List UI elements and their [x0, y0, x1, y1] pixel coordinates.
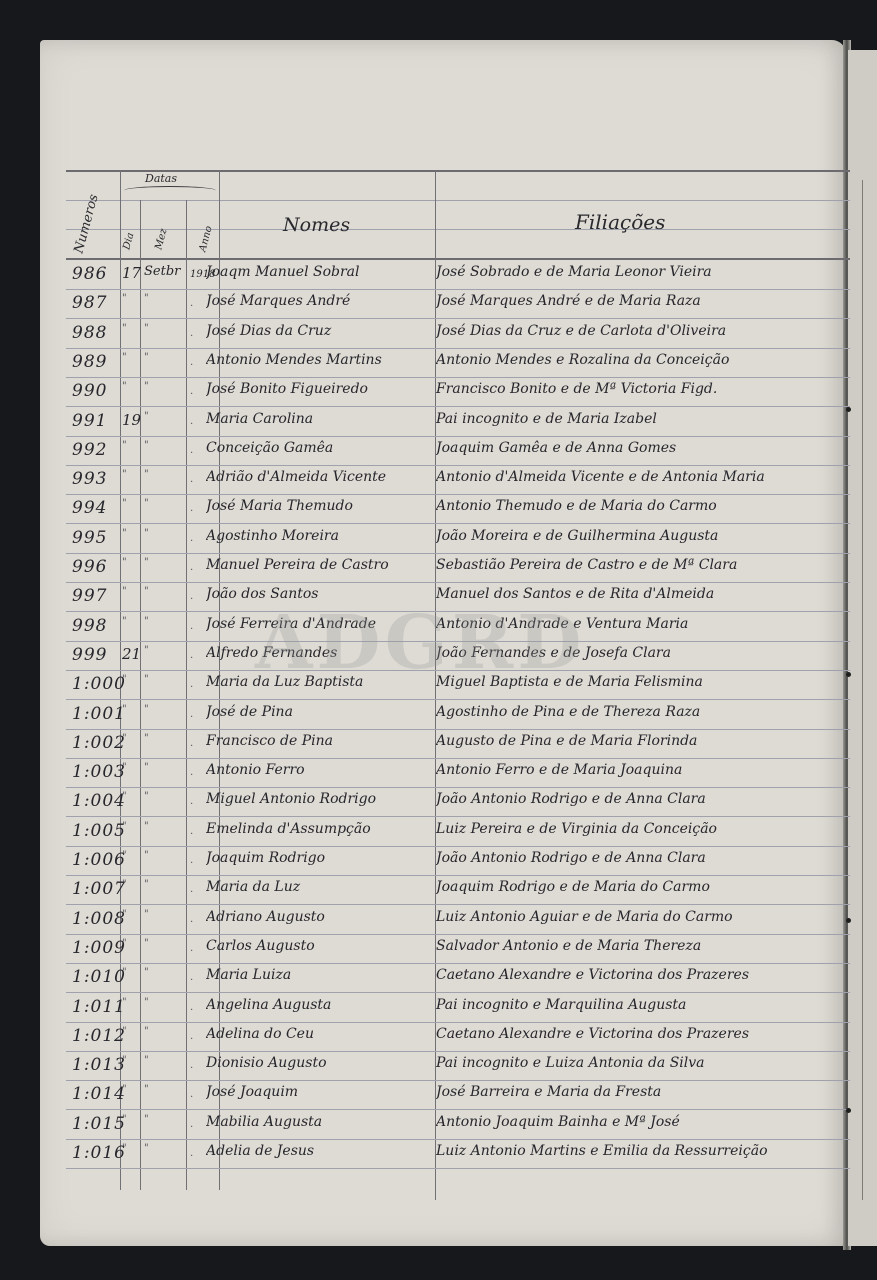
entry-day: ": [122, 1143, 142, 1154]
binding-hole: [846, 672, 851, 677]
entry-name: Joaquim Rodrigo: [206, 850, 434, 866]
entry-month: ": [144, 879, 184, 890]
entry-month: ": [144, 762, 184, 773]
entry-number: 1:016: [72, 1143, 126, 1163]
entry-name: Mabilia Augusta: [206, 1114, 434, 1130]
entry-number: 1:008: [72, 909, 126, 929]
entry-filiation: Joaquim Gamêa e de Anna Gomes: [436, 440, 846, 456]
entry-name: Maria Luiza: [206, 967, 434, 983]
entry-day: ": [122, 1114, 142, 1125]
entry-day: ": [122, 323, 142, 334]
entry-month: ": [144, 938, 184, 949]
table-row: 1:010"".Maria LuizaCaetano Alexandre e V…: [66, 965, 850, 993]
table-row: 987"".José Marques AndréJosé Marques And…: [66, 291, 850, 319]
table-row: 995"".Agostinho MoreiraJoão Moreira e de…: [66, 526, 850, 554]
entry-name: José Bonito Figueiredo: [206, 381, 434, 397]
binding-hole: [846, 918, 851, 923]
entry-name: José Maria Themudo: [206, 498, 434, 514]
entry-filiation: Antonio Mendes e Rozalina da Conceição: [436, 352, 846, 368]
entry-day: ": [122, 704, 142, 715]
entry-filiation: João Moreira e de Guilhermina Augusta: [436, 528, 846, 544]
entry-month: ": [144, 616, 184, 627]
entry-day: ": [122, 528, 142, 539]
table-row: 1:003"".Antonio FerroAntonio Ferro e de …: [66, 760, 850, 788]
entry-day: ": [122, 440, 142, 451]
table-row: 1:004"".Miguel Antonio RodrigoJoão Anton…: [66, 789, 850, 817]
entry-day: ": [122, 909, 142, 920]
entry-number: 1:005: [72, 821, 126, 841]
entry-day: ": [122, 293, 142, 304]
entry-number: 986: [72, 264, 126, 284]
table-row: 1:009"".Carlos AugustoSalvador Antonio e…: [66, 936, 850, 964]
header-datas: Datas: [145, 172, 177, 185]
entry-filiation: Antonio d'Andrade e Ventura Maria: [436, 616, 846, 632]
header-top-rule: [66, 170, 850, 172]
entry-day: ": [122, 381, 142, 392]
entry-filiation: Antonio Ferro e de Maria Joaquina: [436, 762, 846, 778]
header-guide-rule: [66, 200, 850, 201]
entry-number: 994: [72, 498, 126, 518]
entry-filiation: Manuel dos Santos e de Rita d'Almeida: [436, 586, 846, 602]
binding-hole: [846, 1108, 851, 1113]
entry-day: 17: [122, 264, 142, 282]
entry-name: Antonio Mendes Martins: [206, 352, 434, 368]
table-row: 994"".José Maria ThemudoAntonio Themudo …: [66, 496, 850, 524]
entry-filiation: Luiz Antonio Aguiar e de Maria do Carmo: [436, 909, 846, 925]
entry-day: ": [122, 498, 142, 509]
entry-number: 992: [72, 440, 126, 460]
binding-hole: [846, 407, 851, 412]
table-row: 992"".Conceição GamêaJoaquim Gamêa e de …: [66, 438, 850, 466]
entry-name: Maria da Luz Baptista: [206, 674, 434, 690]
entry-day: ": [122, 879, 142, 890]
entry-filiation: Pai incognito e Luiza Antonia da Silva: [436, 1055, 846, 1071]
entry-name: João dos Santos: [206, 586, 434, 602]
facing-page-rule: [862, 180, 863, 1200]
entry-month: ": [144, 645, 184, 656]
entry-month: ": [144, 733, 184, 744]
entry-filiation: José Barreira e Maria da Fresta: [436, 1084, 846, 1100]
entry-filiation: José Marques André e de Maria Raza: [436, 293, 846, 309]
header-bottom-rule: [66, 258, 850, 260]
entry-month: ": [144, 352, 184, 363]
entry-number: 991: [72, 411, 126, 431]
entry-month: ": [144, 1143, 184, 1154]
table-row: 1:014"".José JoaquimJosé Barreira e Mari…: [66, 1082, 850, 1110]
entry-month: ": [144, 440, 184, 451]
entry-day: 21: [122, 645, 142, 663]
entry-day: ": [122, 586, 142, 597]
entry-name: Adelia de Jesus: [206, 1143, 434, 1159]
entry-month: ": [144, 1114, 184, 1125]
entry-number: 998: [72, 616, 126, 636]
table-row: 998"".José Ferreira d'AndradeAntonio d'A…: [66, 614, 850, 642]
entry-number: 997: [72, 586, 126, 606]
entry-number: 1:004: [72, 791, 126, 811]
entry-day: ": [122, 762, 142, 773]
table-row: 1:012"".Adelina do CeuCaetano Alexandre …: [66, 1024, 850, 1052]
table-row: 990"".José Bonito FigueiredoFrancisco Bo…: [66, 379, 850, 407]
entry-number: 1:001: [72, 704, 126, 724]
entry-month: ": [144, 381, 184, 392]
entry-name: Maria da Luz: [206, 879, 434, 895]
entry-filiation: José Dias da Cruz e de Carlota d'Oliveir…: [436, 323, 846, 339]
entry-number: 1:014: [72, 1084, 126, 1104]
entry-number: 995: [72, 528, 126, 548]
entry-month: ": [144, 821, 184, 832]
entry-filiation: Pai incognito e de Maria Izabel: [436, 411, 846, 427]
entry-number: 1:015: [72, 1114, 126, 1134]
entry-month: ": [144, 791, 184, 802]
entry-filiation: Antonio Themudo e de Maria do Carmo: [436, 498, 846, 514]
entry-filiation: Miguel Baptista e de Maria Felismina: [436, 674, 846, 690]
entry-name: José de Pina: [206, 704, 434, 720]
entry-number: 1:002: [72, 733, 126, 753]
entry-filiation: Pai incognito e Marquilina Augusta: [436, 997, 846, 1013]
entry-day: ": [122, 674, 142, 685]
table-row: 1:005"".Emelinda d'AssumpçãoLuiz Pereira…: [66, 819, 850, 847]
entry-month: ": [144, 909, 184, 920]
entry-name: Carlos Augusto: [206, 938, 434, 954]
entry-number: 989: [72, 352, 126, 372]
entry-name: José Dias da Cruz: [206, 323, 434, 339]
table-row: 1:015"".Mabilia AugustaAntonio Joaquim B…: [66, 1112, 850, 1140]
entry-number: 1:007: [72, 879, 126, 899]
entry-filiation: João Antonio Rodrigo e de Anna Clara: [436, 791, 846, 807]
entry-number: 987: [72, 293, 126, 313]
entry-day: ": [122, 821, 142, 832]
entry-number: 1:000: [72, 674, 126, 694]
header-nomes: Nomes: [283, 214, 350, 236]
entry-month: ": [144, 293, 184, 304]
table-row: 996"".Manuel Pereira de CastroSebastião …: [66, 555, 850, 583]
entry-day: ": [122, 967, 142, 978]
entry-name: Conceição Gamêa: [206, 440, 434, 456]
entry-number: 1:013: [72, 1055, 126, 1075]
entry-day: ": [122, 616, 142, 627]
entry-name: Adrião d'Almeida Vicente: [206, 469, 434, 485]
entry-number: 1:009: [72, 938, 126, 958]
entry-number: 999: [72, 645, 126, 665]
entry-month: ": [144, 586, 184, 597]
entry-month: ": [144, 967, 184, 978]
entry-day: ": [122, 850, 142, 861]
entry-name: Emelinda d'Assumpção: [206, 821, 434, 837]
entry-filiation: Francisco Bonito e de Mª Victoria Figd.: [436, 381, 846, 397]
entry-number: 996: [72, 557, 126, 577]
entry-name: Francisco de Pina: [206, 733, 434, 749]
entry-day: 19: [122, 411, 142, 429]
entry-day: ": [122, 791, 142, 802]
entry-name: Maria Carolina: [206, 411, 434, 427]
entry-filiation: João Antonio Rodrigo e de Anna Clara: [436, 850, 846, 866]
entry-month: ": [144, 411, 184, 422]
entry-name: Alfredo Fernandes: [206, 645, 434, 661]
entry-month: ": [144, 704, 184, 715]
header-guide-rule: [66, 229, 850, 230]
entry-number: 1:010: [72, 967, 126, 987]
table-row: 1:000"".Maria da Luz BaptistaMiguel Bapt…: [66, 672, 850, 700]
entry-month: Setbr: [144, 264, 184, 279]
table-row: 1:013"".Dionisio AugustoPai incognito e …: [66, 1053, 850, 1081]
entry-name: Joaqm Manuel Sobral: [206, 264, 434, 280]
entry-name: Adriano Augusto: [206, 909, 434, 925]
entry-filiation: Caetano Alexandre e Victorina dos Prazer…: [436, 1026, 846, 1042]
entry-filiation: João Fernandes e de Josefa Clara: [436, 645, 846, 661]
entry-day: ": [122, 938, 142, 949]
entry-number: 1:006: [72, 850, 126, 870]
entry-month: ": [144, 469, 184, 480]
entry-name: José Marques André: [206, 293, 434, 309]
entry-name: Manuel Pereira de Castro: [206, 557, 434, 573]
entry-number: 1:012: [72, 1026, 126, 1046]
entry-name: José Joaquim: [206, 1084, 434, 1100]
table-row: 99921".Alfredo FernandesJoão Fernandes e…: [66, 643, 850, 671]
datas-brace: [124, 186, 216, 195]
table-row: 99119".Maria CarolinaPai incognito e de …: [66, 409, 850, 437]
entry-month: ": [144, 557, 184, 568]
entry-name: Miguel Antonio Rodrigo: [206, 791, 434, 807]
header-filiacoes: Filiações: [575, 210, 665, 234]
entry-month: ": [144, 1055, 184, 1066]
entry-number: 1:003: [72, 762, 126, 782]
table-row: 989"".Antonio Mendes MartinsAntonio Mend…: [66, 350, 850, 378]
entry-month: ": [144, 323, 184, 334]
entry-name: José Ferreira d'Andrade: [206, 616, 434, 632]
table-row: 1:001"".José de PinaAgostinho de Pina e …: [66, 702, 850, 730]
entry-name: Adelina do Ceu: [206, 1026, 434, 1042]
table-row: 997"".João dos SantosManuel dos Santos e…: [66, 584, 850, 612]
entry-day: ": [122, 733, 142, 744]
entry-filiation: Antonio d'Almeida Vicente e de Antonia M…: [436, 469, 846, 485]
table-row: 98617Setbr1918Joaqm Manuel SobralJosé So…: [66, 262, 850, 290]
entry-month: ": [144, 850, 184, 861]
entry-day: ": [122, 1084, 142, 1095]
entry-name: Agostinho Moreira: [206, 528, 434, 544]
table-row: 993"".Adrião d'Almeida VicenteAntonio d'…: [66, 467, 850, 495]
entry-number: 990: [72, 381, 126, 401]
entry-day: ": [122, 997, 142, 1008]
entry-filiation: Augusto de Pina e de Maria Florinda: [436, 733, 846, 749]
table-row: 1:008"".Adriano AugustoLuiz Antonio Agui…: [66, 907, 850, 935]
table-row: 1:006"".Joaquim RodrigoJoão Antonio Rodr…: [66, 848, 850, 876]
entry-name: Angelina Augusta: [206, 997, 434, 1013]
entry-month: ": [144, 1026, 184, 1037]
entry-month: ": [144, 498, 184, 509]
entry-month: ": [144, 1084, 184, 1095]
table-row: 1:002"".Francisco de PinaAugusto de Pina…: [66, 731, 850, 759]
entry-day: ": [122, 1055, 142, 1066]
entry-number: 1:011: [72, 997, 126, 1017]
entry-day: ": [122, 469, 142, 480]
entry-month: ": [144, 528, 184, 539]
entry-day: ": [122, 352, 142, 363]
entry-name: Dionisio Augusto: [206, 1055, 434, 1071]
entry-filiation: Luiz Pereira e de Virginia da Conceição: [436, 821, 846, 837]
table-row: 988"".José Dias da CruzJosé Dias da Cruz…: [66, 321, 850, 349]
entry-day: ": [122, 1026, 142, 1037]
entry-filiation: Antonio Joaquim Bainha e Mª José: [436, 1114, 846, 1130]
entry-name: Antonio Ferro: [206, 762, 434, 778]
entry-filiation: Sebastião Pereira de Castro e de Mª Clar…: [436, 557, 846, 573]
table-row: 1:007"".Maria da LuzJoaquim Rodrigo e de…: [66, 877, 850, 905]
table-row: 1:011"".Angelina AugustaPai incognito e …: [66, 995, 850, 1023]
entry-filiation: Agostinho de Pina e de Thereza Raza: [436, 704, 846, 720]
entry-filiation: José Sobrado e de Maria Leonor Vieira: [436, 264, 846, 280]
entry-filiation: Caetano Alexandre e Victorina dos Prazer…: [436, 967, 846, 983]
entry-month: ": [144, 997, 184, 1008]
table-row: 1:016"".Adelia de JesusLuiz Antonio Mart…: [66, 1141, 850, 1169]
entry-month: ": [144, 674, 184, 685]
entry-filiation: Joaquim Rodrigo e de Maria do Carmo: [436, 879, 846, 895]
entry-number: 988: [72, 323, 126, 343]
entry-day: ": [122, 557, 142, 568]
entry-filiation: Salvador Antonio e de Maria Thereza: [436, 938, 846, 954]
entry-filiation: Luiz Antonio Martins e Emilia da Ressurr…: [436, 1143, 846, 1159]
entry-number: 993: [72, 469, 126, 489]
